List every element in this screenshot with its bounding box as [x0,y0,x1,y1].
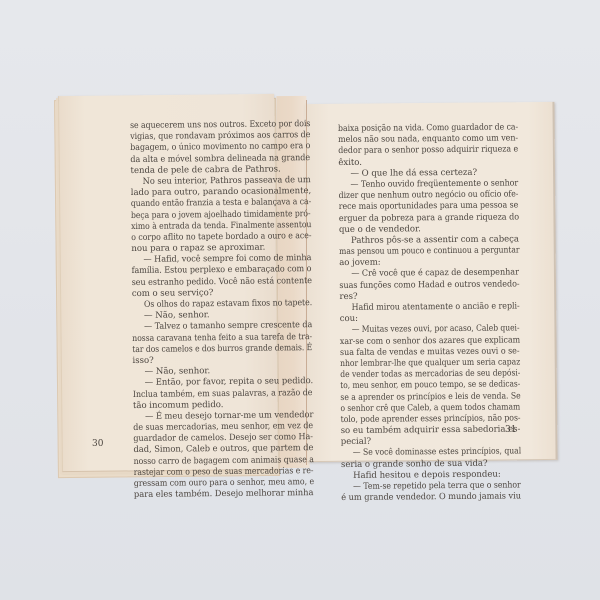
right-page-body-text: baixa posição na vida. Como guardador de… [338,122,521,504]
text-line: é um grande vendedor. O mundo jamais viu [341,492,521,505]
text-line: tolo, pode aprender esses princípios, nã… [341,413,521,426]
text-line: tar dos camelos e dos burros grande dema… [132,343,312,356]
text-line: para eles também. Desejo melhorar minha [134,488,314,501]
text-line: mas pensou um pouco e continuou a pergun… [339,245,519,258]
text-line: Os olhos do rapaz estavam fixos no tapet… [132,298,312,311]
text-line: erguer da pobreza para a grande riqueza … [339,212,519,225]
open-book: se aquecerem uns nos outros. Exceto por … [0,0,600,600]
left-page-body-text: se aquecerem uns nos outros. Exceto por … [130,119,314,501]
right-page-number: 31 [505,425,516,435]
text-line: No seu interior, Pathros passeava de um [131,175,311,188]
text-line: suas funções como Hadad e outros vendedo… [339,279,519,292]
text-line: Inclua também, em suas palavras, a razão… [133,388,313,401]
text-line: — Se você dominasse estes princípios, qu… [341,447,521,460]
left-page-number: 30 [92,439,103,449]
text-line: so eu também adquirir essa sabedoria es- [341,424,521,437]
text-line: Hafid mirou atentamente o ancião e repli… [340,301,520,314]
text-line: o corpo aflito no tapete bordado a ouro … [131,231,311,244]
text-line: da alta e móvel sombra delineada na gran… [130,153,310,166]
text-line: dedor para o senhor posso adquirir rique… [338,145,518,158]
text-line: seu estranho pedido. Você não está conte… [132,276,312,289]
